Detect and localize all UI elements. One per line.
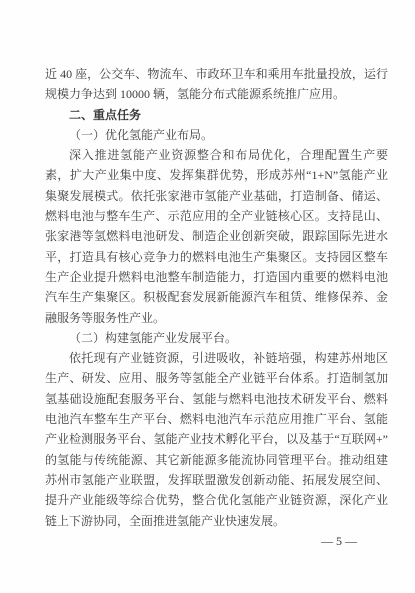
section-heading: 二、重点任务 bbox=[45, 105, 388, 125]
doc-line: 生产企业提升燃料电池整车制造能力，打造国内重要的燃料电池 bbox=[45, 267, 388, 287]
doc-line: 近 40 座，公交车、物流车、市政环卫车和乘用车批量投放，运行 bbox=[45, 64, 388, 84]
doc-line: 燃料电池与整车生产、示范应用的全产业链核心区。支持昆山、 bbox=[45, 206, 388, 226]
doc-line: 产业检测服务平台、氢能产业技术孵化平台，以及基于“互联网+” bbox=[45, 429, 388, 449]
page-number: — 5 — bbox=[45, 531, 388, 551]
subsection-heading-1: （一）优化氢能产业布局。 bbox=[45, 125, 388, 145]
doc-line: 平，打造具有核心竞争力的燃料电池生产集聚区。支持园区整车 bbox=[45, 247, 388, 267]
doc-line: 苏州市氢能产业联盟，发挥联盟激发创新动能、拓展发展空间、 bbox=[45, 470, 388, 490]
doc-line: 链上下游协同，全面推进氢能产业快速发展。 bbox=[45, 511, 388, 531]
doc-line: 依托现有产业链资源，引进吸收，补链培强，构建苏州地区 bbox=[45, 348, 388, 368]
doc-line: 的氢能与传统能源、其它新能源多能流协同管理平台。推动组建 bbox=[45, 450, 388, 470]
doc-line: 深入推进氢能产业资源整合和布局优化，合理配置生产要 bbox=[45, 145, 388, 165]
doc-line: 氢基础设施配套服务平台、氢能与燃料电池技术研发平台、燃料 bbox=[45, 389, 388, 409]
doc-line: 生产、研发、应用、服务等氢能全产业链平台体系。打造制氢加 bbox=[45, 368, 388, 388]
doc-line: 张家港等氢燃料电池研发、制造企业创新突破，跟踪国际先进水 bbox=[45, 226, 388, 246]
doc-line: 素，扩大产业集中度、发挥集群优势，形成苏州“1+N”氢能产业 bbox=[45, 165, 388, 185]
doc-line: 提升产业能级等综合优势，整合优化氢能产业链资源，深化产业 bbox=[45, 490, 388, 510]
doc-line: 电池汽车整车生产平台、燃料电池汽车示范应用推广平台、氢能 bbox=[45, 409, 388, 429]
doc-line: 融服务等服务性产业。 bbox=[45, 308, 388, 328]
subsection-heading-2: （二）构建氢能产业发展平台。 bbox=[45, 328, 388, 348]
doc-line: 集聚发展模式。依托张家港市氢能产业基础，打造制备、储运、 bbox=[45, 186, 388, 206]
document-page: 近 40 座，公交车、物流车、市政环卫车和乘用车批量投放，运行 规模力争达到 1… bbox=[0, 0, 415, 593]
doc-line: 汽车生产集聚区。积极配套发展新能源汽车租赁、维修保养、金 bbox=[45, 287, 388, 307]
doc-line: 规模力争达到 10000 辆，氢能分布式能源系统推广应用。 bbox=[45, 84, 388, 104]
